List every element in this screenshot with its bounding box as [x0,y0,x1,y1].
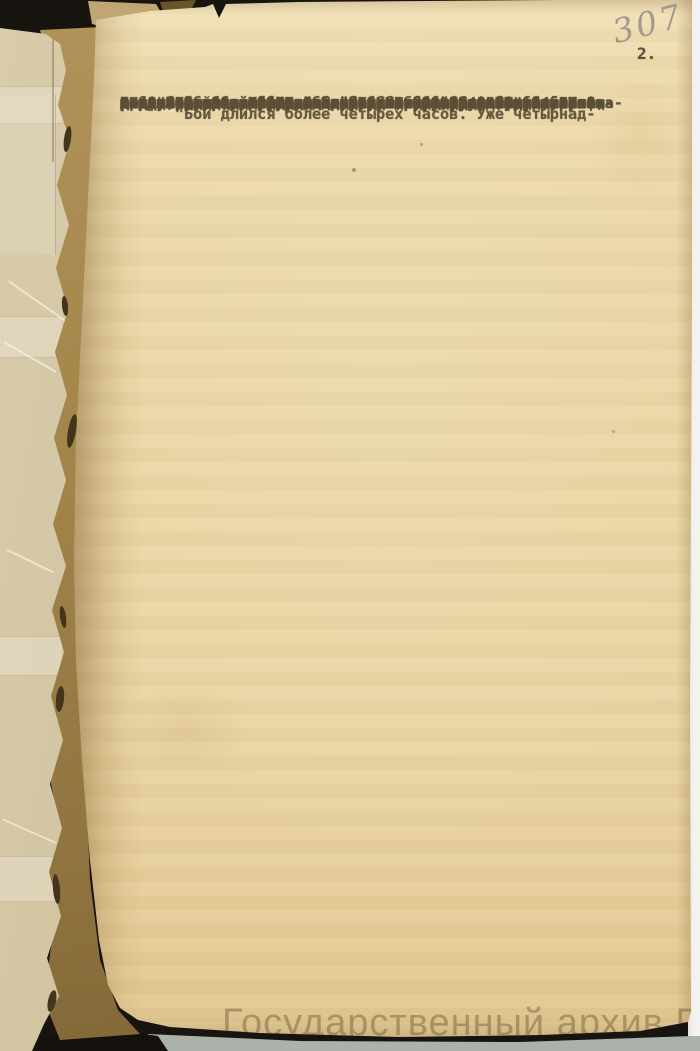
paper-stain [590,70,690,200]
crease-highlight [2,818,56,843]
document-scan: 307 2. Панфилова, происходившего 16 нояб… [0,0,700,1051]
tape-strip [0,636,62,676]
ink-spot [352,168,356,172]
paper-stain [120,680,250,780]
ink-spot [420,143,423,146]
cardboard-patch [0,95,56,255]
fold-line [52,30,54,162]
text-line: падает замертво...". [120,92,367,115]
tape-strip [0,316,62,358]
ink-spot [612,430,615,433]
crease-highlight [6,549,54,574]
document-page: 307 2. Панфилова, происходившего 16 нояб… [0,0,700,1051]
typed-page-number: 2. [637,44,656,63]
